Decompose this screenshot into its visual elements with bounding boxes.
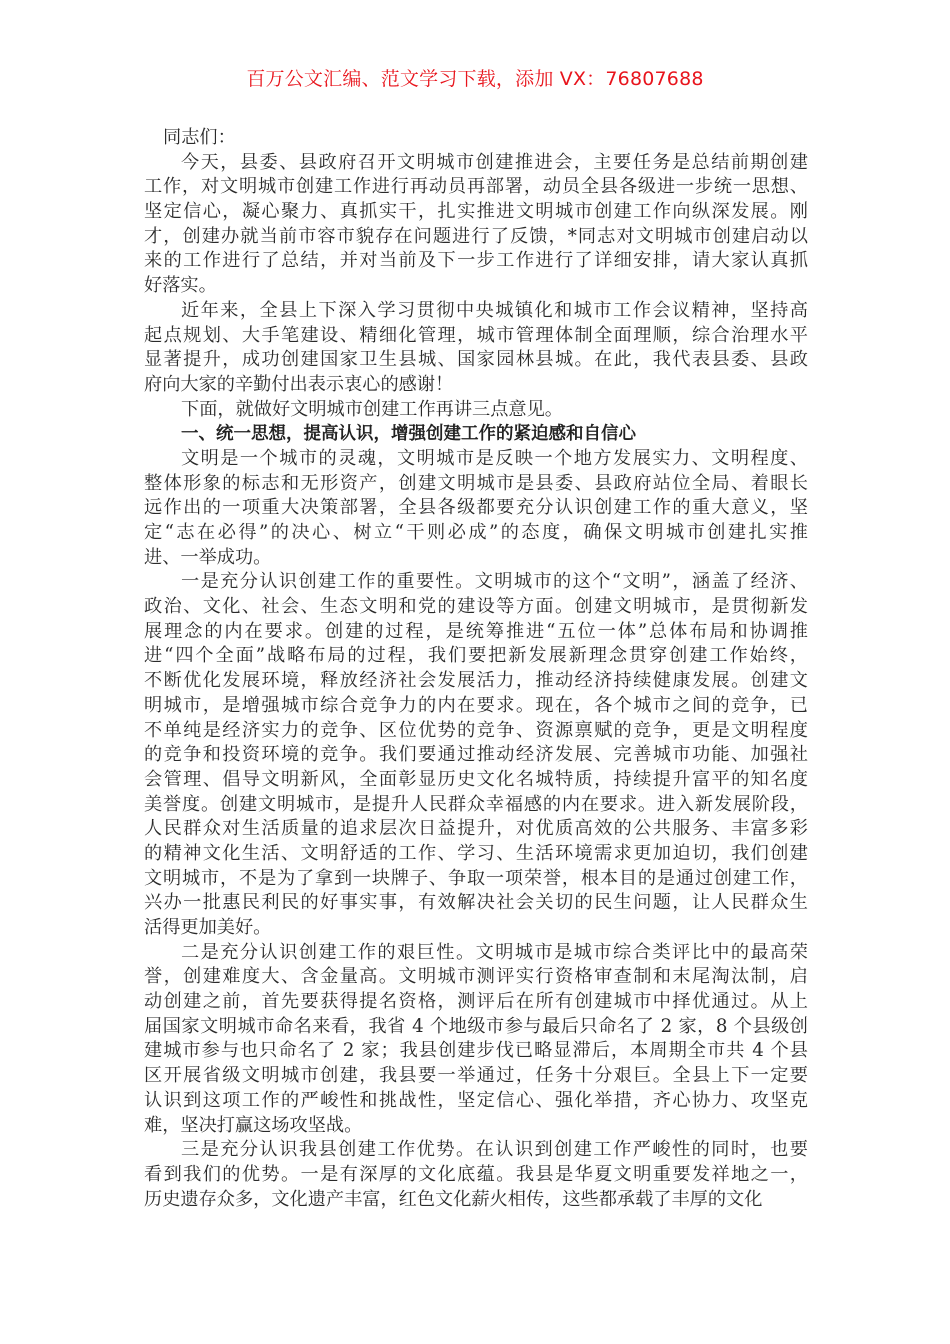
text-line: 明城市，是增强城市综合竞争力的内在要求。现在，各个城市之间的竞争，已	[144, 694, 808, 719]
text-line: 届国家文明城市命名来看，我省 4 个地级市参与最后只命名了 2 家，8 个县级创	[144, 1015, 808, 1040]
text-line: 人民群众对生活质量的追求层次日益提升，对优质高效的公共服务、丰富多彩	[144, 817, 808, 842]
text-line: 定“志在必得”的决心、树立“干则必成”的态度，确保文明城市创建扎实推	[144, 521, 808, 546]
text-line: 展理念的内在要求。创建的过程，是统筹推进“五位一体”总体布局和协调推	[144, 620, 808, 645]
text-line: 认识到这项工作的严峻性和挑战性，坚定信心、强化举措，齐心协力、攻坚克	[144, 1089, 808, 1114]
text-line: 文明是一个城市的灵魂，文明城市是反映一个地方发展实力、文明程度、	[144, 447, 808, 472]
text-line: 今天，县委、县政府召开文明城市创建推进会，主要任务是总结前期创建	[144, 151, 808, 176]
text-line: 起点规划、大手笔建设、精细化管理，城市管理体制全面理顺，综合治理水平	[144, 324, 808, 349]
promo-header: 百万公文汇编、范文学习下载，添加 VX：76807688	[0, 64, 950, 94]
paragraph: 二是充分认识创建工作的艰巨性。文明城市是城市综合类评比中的最高荣誉，创建难度大、…	[144, 941, 808, 1139]
text-line: 进“四个全面”战略布局的过程，我们要把新发展新理念贯穿创建工作始终，	[144, 644, 808, 669]
text-line: 来的工作进行了总结，并对当前及下一步工作进行了详细安排，请大家认真抓	[144, 249, 808, 274]
text-line: 政治、文化、社会、生态文明和党的建设等方面。创建文明城市，是贯彻新发	[144, 595, 808, 620]
text-line: 历史遗存众多，文化遗产丰富，红色文化薪火相传，这些都承载了丰厚的文化	[144, 1188, 808, 1213]
paragraph: 下面，就做好文明城市创建工作再讲三点意见。	[144, 398, 808, 423]
paragraph: 今天，县委、县政府召开文明城市创建推进会，主要任务是总结前期创建工作，对文明城市…	[144, 151, 808, 299]
text-line: 动创建之前，首先要获得提名资格，测评后在所有创建城市中择优通过。从上	[144, 990, 808, 1015]
text-line: 工作，对文明城市创建工作进行再动员再部署，动员全县各级进一步统一思想、	[144, 175, 808, 200]
text-line: 不单纯是经济实力的竞争、区位优势的竞争、资源禀赋的竞争，更是文明程度	[144, 719, 808, 744]
text-line: 兴办一批惠民利民的好事实事，有效解决社会关切的民生问题，让人民群众生	[144, 891, 808, 916]
text-line: 好落实。	[144, 274, 808, 299]
text-line: 美誉度。创建文明城市，是提升人民群众幸福感的内在要求。进入新发展阶段，	[144, 793, 808, 818]
paragraph-list: 今天，县委、县政府召开文明城市创建推进会，主要任务是总结前期创建工作，对文明城市…	[144, 151, 808, 1213]
text-line: 不断优化发展环境，释放经济社会发展活力，推动经济持续健康发展。创建文	[144, 669, 808, 694]
text-line: 难，坚决打赢这场攻坚战。	[144, 1114, 808, 1139]
paragraph: 近年来，全县上下深入学习贯彻中央城镇化和城市工作会议精神，坚持高起点规划、大手笔…	[144, 299, 808, 398]
text-line: 才，创建办就当前市容市貌存在问题进行了反馈，*同志对文明城市创建启动以	[144, 225, 808, 250]
text-line: 近年来，全县上下深入学习贯彻中央城镇化和城市工作会议精神，坚持高	[144, 299, 808, 324]
text-line: 整体形象的标志和无形资产，创建文明城市是县委、县政府站位全局、着眼长	[144, 472, 808, 497]
text-line: 看到我们的优势。一是有深厚的文化底蕴。我县是华夏文明重要发祥地之一，	[144, 1163, 808, 1188]
text-line: 三是充分认识我县创建工作优势。在认识到创建工作严峻性的同时，也要	[144, 1138, 808, 1163]
text-line: 坚定信心，凝心聚力、真抓实干，扎实推进文明城市创建工作向纵深发展。刚	[144, 200, 808, 225]
text-line: 活得更加美好。	[144, 916, 808, 941]
text-line: 文明城市，不是为了拿到一块牌子、争取一项荣誉，根本目的是通过创建工作，	[144, 867, 808, 892]
text-line: 一、统一思想，提高认识，增强创建工作的紧迫感和自信心	[144, 422, 808, 447]
text-line: 的竞争和投资环境的竞争。我们要通过推动经济发展、完善城市功能、加强社	[144, 743, 808, 768]
text-line: 远作出的一项重大决策部署，全县各级都要充分认识创建工作的重大意义，坚	[144, 496, 808, 521]
text-line: 区开展省级文明城市创建，我县要一举通过，任务十分艰巨。全县上下一定要	[144, 1064, 808, 1089]
text-line: 的精神文化生活、文明舒适的工作、学习、生活环境需求更加迫切，我们创建	[144, 842, 808, 867]
text-line: 一是充分认识创建工作的重要性。文明城市的这个“文明”，涵盖了经济、	[144, 570, 808, 595]
paragraph: 一是充分认识创建工作的重要性。文明城市的这个“文明”，涵盖了经济、政治、文化、社…	[144, 570, 808, 940]
text-line: 府向大家的辛勤付出表示衷心的感谢！	[144, 373, 808, 398]
paragraph: 文明是一个城市的灵魂，文明城市是反映一个地方发展实力、文明程度、整体形象的标志和…	[144, 447, 808, 570]
salutation: 同志们：	[144, 126, 808, 151]
text-line: 显著提升，成功创建国家卫生县城、国家园林县城。在此，我代表县委、县政	[144, 348, 808, 373]
text-line: 下面，就做好文明城市创建工作再讲三点意见。	[144, 398, 808, 423]
text-line: 进、一举成功。	[144, 546, 808, 571]
text-line: 誉，创建难度大、含金量高。文明城市测评实行资格审查制和末尾淘汰制，启	[144, 965, 808, 990]
text-line: 会管理、倡导文明新风，全面彰显历史文化名城特质，持续提升富平的知名度	[144, 768, 808, 793]
section-heading: 一、统一思想，提高认识，增强创建工作的紧迫感和自信心	[144, 422, 808, 447]
document-body: 同志们： 今天，县委、县政府召开文明城市创建推进会，主要任务是总结前期创建工作，…	[144, 126, 808, 1212]
paragraph: 三是充分认识我县创建工作优势。在认识到创建工作严峻性的同时，也要看到我们的优势。…	[144, 1138, 808, 1212]
text-line: 建城市参与也只命名了 2 家；我县创建步伐已略显滞后，本周期全市共 4 个县	[144, 1039, 808, 1064]
text-line: 二是充分认识创建工作的艰巨性。文明城市是城市综合类评比中的最高荣	[144, 941, 808, 966]
